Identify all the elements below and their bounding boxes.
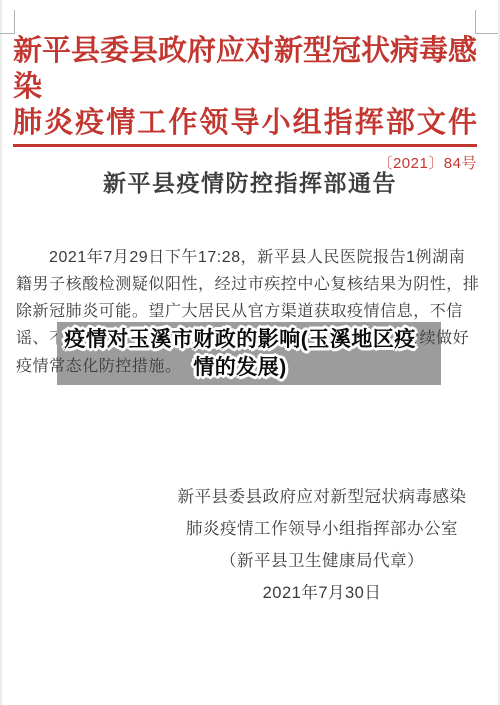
letterhead-divider — [13, 144, 477, 147]
letterhead-line-2: 肺炎疫情工作领导小组指挥部文件 — [13, 105, 477, 141]
overlay-headline-line-2: 情的发展) — [193, 356, 287, 379]
overlay-headline: 疫情对玉溪市财政的影响(玉溪地区疫 情的发展) — [64, 326, 416, 382]
official-notice-page: 新平县委县政府应对新型冠状病毒感染 肺炎疫情工作领导小组指挥部文件 〔2021〕… — [0, 0, 500, 705]
body-line-2: 籍男子核酸检测疑似阳性，经过市疾控中心复核结果为阴性，排 — [16, 275, 479, 295]
page-left-edge — [0, 0, 2, 705]
body-line-3: 除新冠肺炎可能。望广大居民从官方渠道获取疫情信息，不信 — [16, 302, 463, 322]
letterhead: 新平县委县政府应对新型冠状病毒感染 肺炎疫情工作领导小组指挥部文件 〔2021〕… — [13, 33, 477, 173]
overlay-headline-line-1: 疫情对玉溪市财政的影响(玉溪地区疫 — [64, 328, 416, 351]
letterhead-line-1: 新平县委县政府应对新型冠状病毒感染 — [13, 33, 477, 105]
signature-line-3: （新平县卫生健康局代章） — [142, 545, 500, 577]
signature-block: 新平县委县政府应对新型冠状病毒感染 肺炎疫情工作领导小组指挥部办公室 （新平县卫… — [142, 481, 500, 609]
signature-line-1: 新平县委县政府应对新型冠状病毒感染 — [142, 481, 500, 513]
margin-corner-mark-top-left — [0, 10, 15, 34]
body-line-1: 2021年7月29日下午17:28，新平县人民医院报告1例湖南 — [49, 248, 465, 268]
notice-title: 新平县疫情防控指挥部通告 — [0, 165, 500, 198]
signature-line-2: 肺炎疫情工作领导小组指挥部办公室 — [142, 513, 500, 545]
margin-corner-mark-top-right — [475, 10, 498, 34]
signature-date: 2021年7月30日 — [142, 577, 500, 609]
